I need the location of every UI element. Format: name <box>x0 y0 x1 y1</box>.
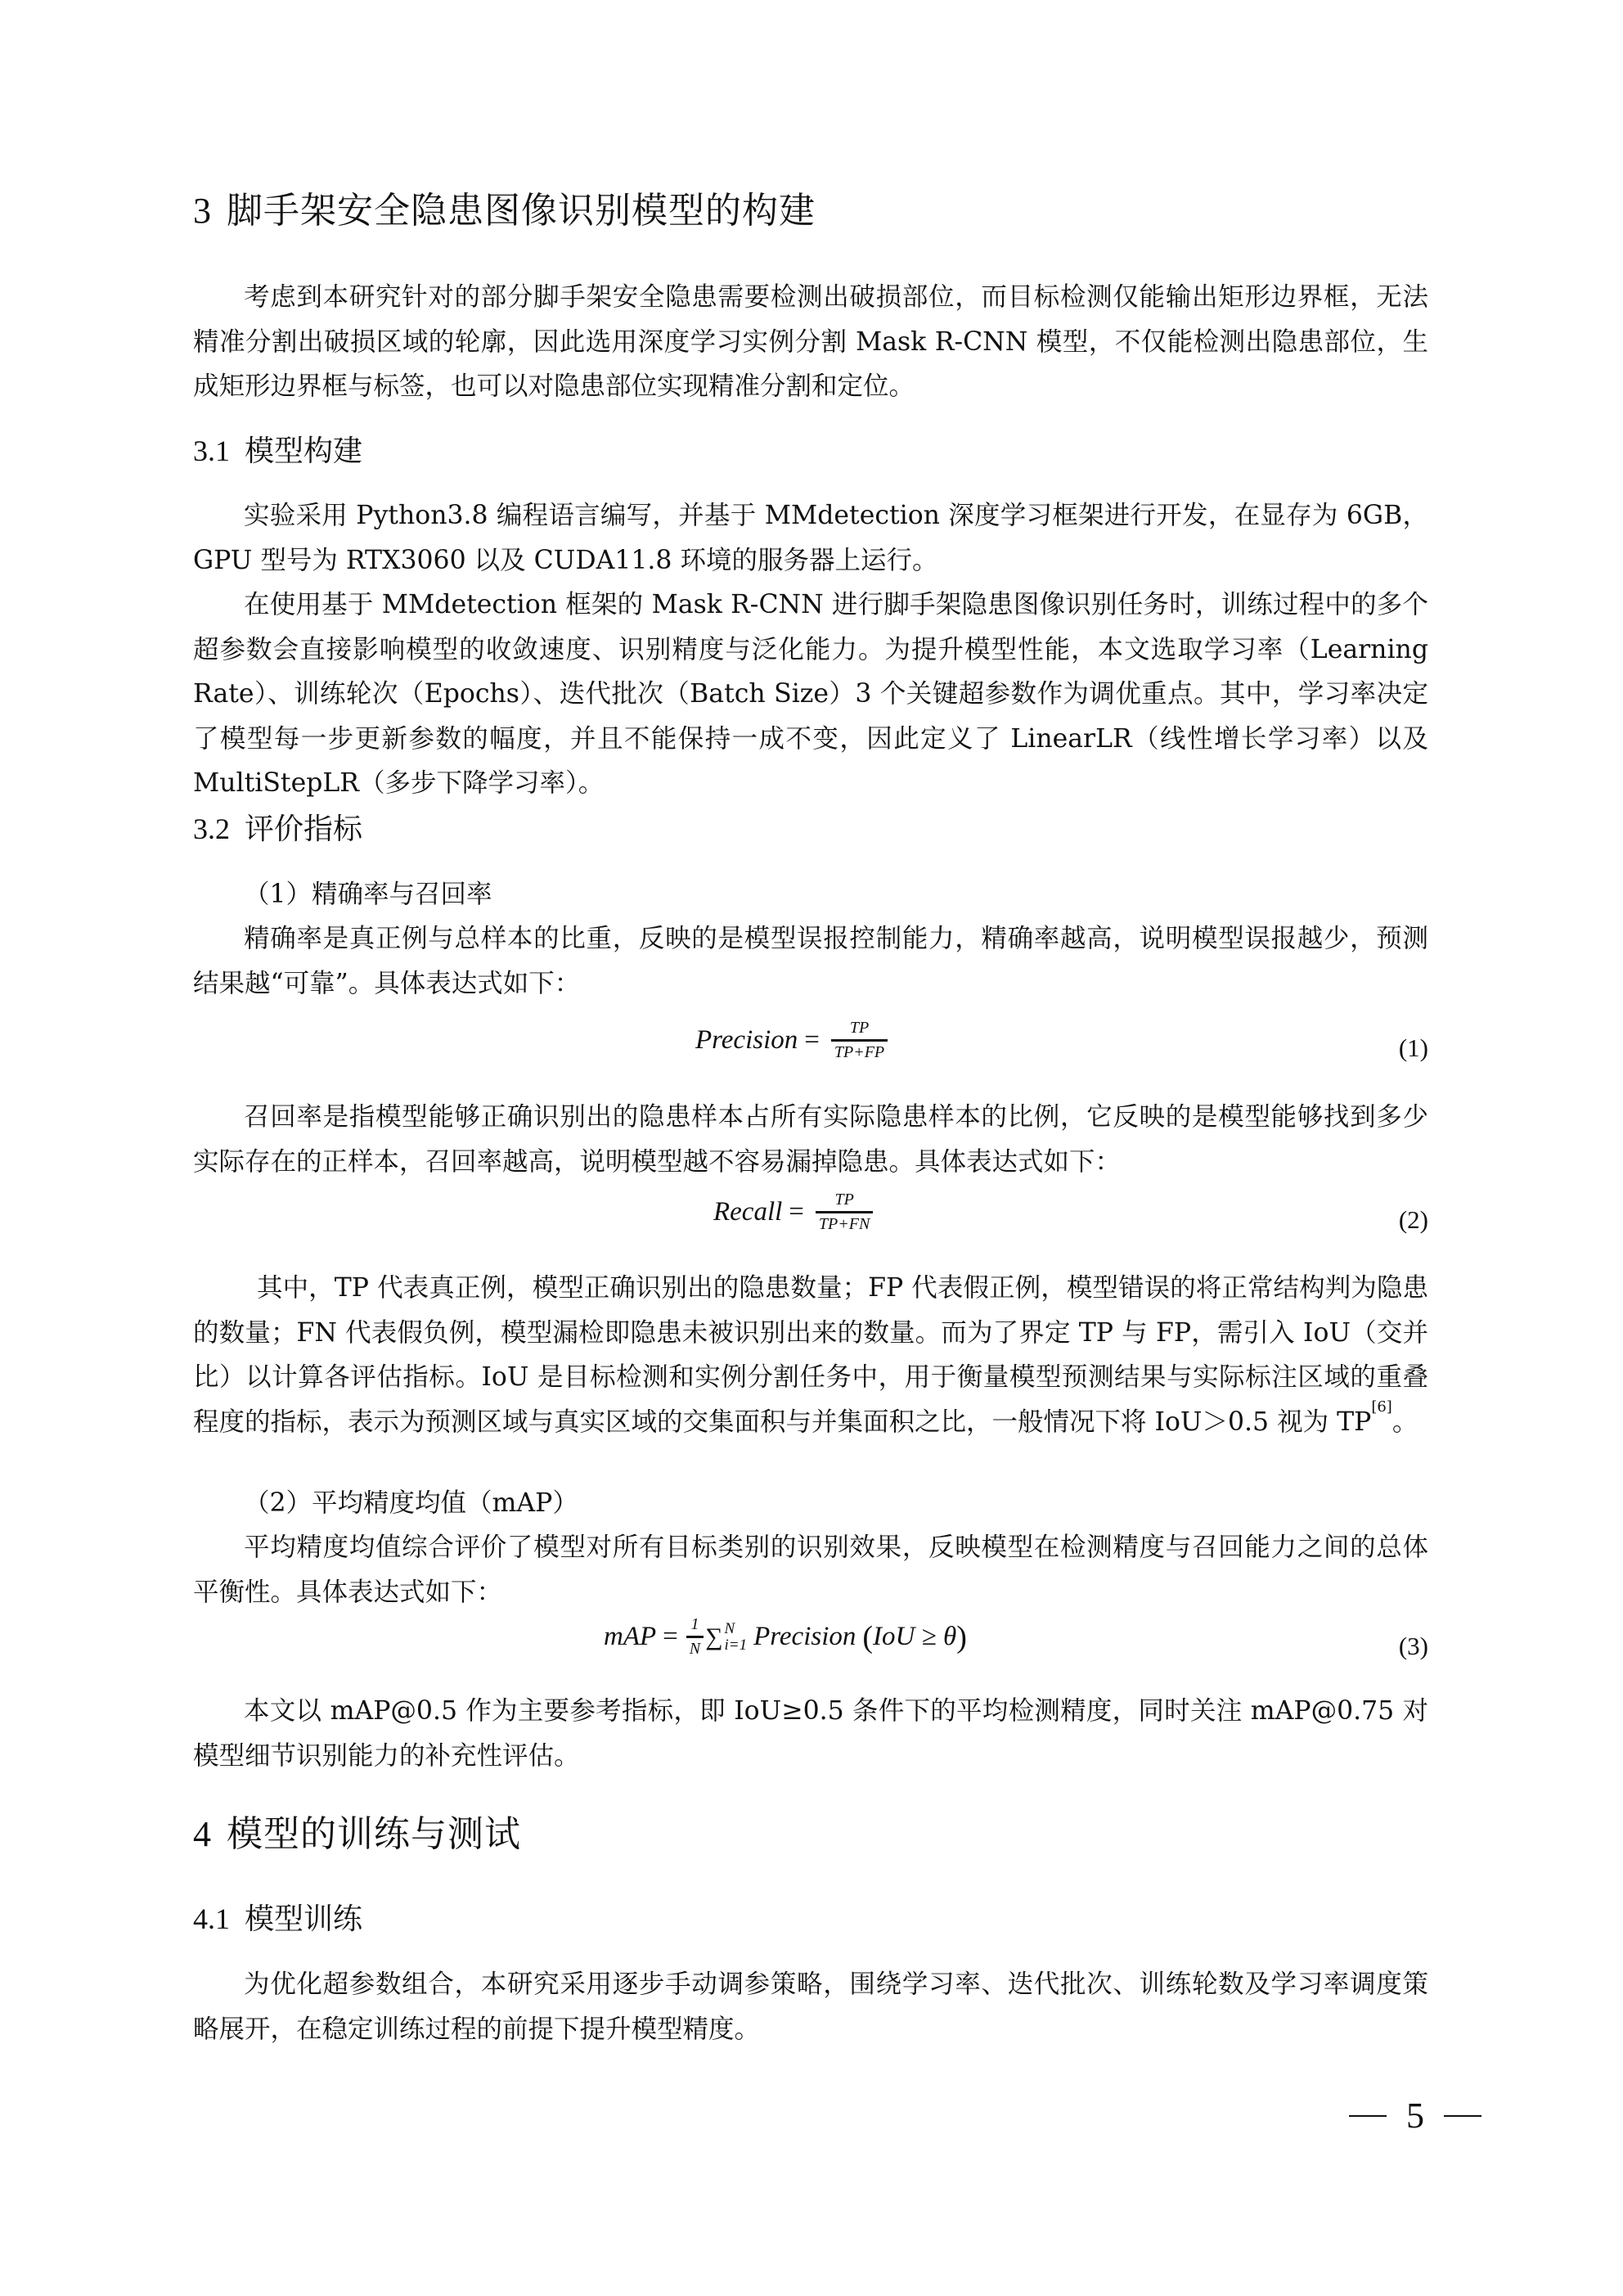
sum-upper: N <box>725 1621 748 1637</box>
section-number: 3.2 <box>193 813 230 845</box>
equals-sign: = <box>804 1025 820 1056</box>
section-number: 4 <box>193 1814 212 1854</box>
section-4-1-heading: 4.1模型训练 <box>193 1898 362 1940</box>
map-paragraph: 平均精度均值综合评价了模型对所有目标类别的识别效果，反映模型在检测精度与召回能力… <box>193 1525 1428 1614</box>
numerator: TP <box>831 1191 856 1211</box>
equals-sign: = <box>663 1622 678 1652</box>
subheading-precision-recall: （1）精确率与召回率 <box>244 872 492 916</box>
denominator: N <box>686 1636 704 1659</box>
equation-argument: IoU ≥ θ <box>873 1622 956 1652</box>
equation-number: (3) <box>1399 1632 1428 1661</box>
equation-recall: Recall = TP TP+FN (2) <box>193 1191 1428 1264</box>
equation-number: (2) <box>1399 1205 1428 1235</box>
footer-dash-left <box>1349 2115 1387 2117</box>
precision-paragraph: 精确率是真正例与总样本的比重，反映的是模型误报控制能力，精确率越高，说明模型误报… <box>193 916 1428 1006</box>
map-note-paragraph: 本文以 mAP@0.5 作为主要参考指标，即 IoU≥0.5 条件下的平均检测精… <box>193 1689 1428 1778</box>
section-4-1-paragraph: 为优化超参数组合，本研究采用逐步手动调参策略，围绕学习率、迭代批次、训练轮数及学… <box>193 1962 1428 2051</box>
section-title: 模型训练 <box>245 1902 362 1936</box>
equation-body: Precision <box>753 1622 856 1652</box>
section-3-1-heading: 3.1模型构建 <box>193 430 362 472</box>
denominator: TP+FN <box>816 1211 873 1234</box>
close-paren: ) <box>956 1619 967 1655</box>
summation: ∑ N i=1 <box>705 1621 747 1654</box>
definitions-text: 其中，TP 代表真正例，模型正确识别出的隐患数量；FP 代表假正例，模型错误的将… <box>193 1273 1428 1437</box>
section-title: 模型的训练与测试 <box>227 1813 521 1855</box>
sigma-symbol: ∑ <box>705 1623 722 1651</box>
section-3-1-paragraph-1: 实验采用 Python3.8 编程语言编写，并基于 MMdetection 深度… <box>193 493 1428 583</box>
equation-lhs: Recall <box>713 1197 782 1227</box>
definitions-end: 。 <box>1392 1407 1418 1437</box>
equation-precision: Precision = TP TP+FP (1) <box>193 1019 1428 1092</box>
recall-paragraph: 召回率是指模型能够正确识别出的隐患样本占所有实际隐患样本的比例，它反映的是模型能… <box>193 1095 1428 1184</box>
footer-dash-right <box>1444 2115 1481 2117</box>
equation-lhs: mAP <box>604 1622 656 1652</box>
page-footer: 5 <box>1329 2095 1501 2136</box>
open-paren: ( <box>862 1619 873 1655</box>
numerator: 1 <box>687 1615 702 1636</box>
definitions-paragraph: 其中，TP 代表真正例，模型正确识别出的隐患数量；FP 代表假正例，模型错误的将… <box>193 1266 1428 1444</box>
section-number: 3.1 <box>193 434 230 467</box>
equals-sign: = <box>789 1197 804 1227</box>
document-page: 3脚手架安全隐患图像识别模型的构建 考虑到本研究针对的部分脚手架安全隐患需要检测… <box>0 0 1623 2296</box>
subheading-map: （2）平均精度均值（mAP） <box>244 1481 578 1525</box>
section-number: 3 <box>193 191 212 231</box>
section-4-heading: 4模型的训练与测试 <box>193 1810 521 1859</box>
section-3-intro-paragraph: 考虑到本研究针对的部分脚手架安全隐患需要检测出破损部位，而目标检测仅能输出矩形边… <box>193 275 1428 409</box>
numerator: TP <box>847 1019 872 1039</box>
section-number: 4.1 <box>193 1902 230 1935</box>
equation-number: (1) <box>1399 1033 1428 1063</box>
fraction: 1 N <box>686 1615 704 1659</box>
denominator: TP+FP <box>831 1039 888 1062</box>
fraction: TP TP+FP <box>831 1019 888 1062</box>
section-3-heading: 3脚手架安全隐患图像识别模型的构建 <box>193 187 816 236</box>
section-title: 脚手架安全隐患图像识别模型的构建 <box>227 190 816 232</box>
sum-lower: i=1 <box>725 1637 748 1654</box>
section-3-2-heading: 3.2评价指标 <box>193 808 362 850</box>
equation-lhs: Precision <box>695 1025 798 1056</box>
section-title: 模型构建 <box>245 434 362 468</box>
section-3-1-paragraph-2: 在使用基于 MMdetection 框架的 Mask R-CNN 进行脚手架隐患… <box>193 583 1428 806</box>
fraction: TP TP+FN <box>816 1191 873 1234</box>
summation-limits: N i=1 <box>725 1621 748 1654</box>
equation-map: mAP = 1 N ∑ N i=1 Precision ( IoU ≥ θ ) … <box>193 1612 1428 1694</box>
page-number: 5 <box>1406 2095 1424 2136</box>
citation-ref[interactable]: [6] <box>1371 1398 1392 1416</box>
section-title: 评价指标 <box>245 813 362 846</box>
